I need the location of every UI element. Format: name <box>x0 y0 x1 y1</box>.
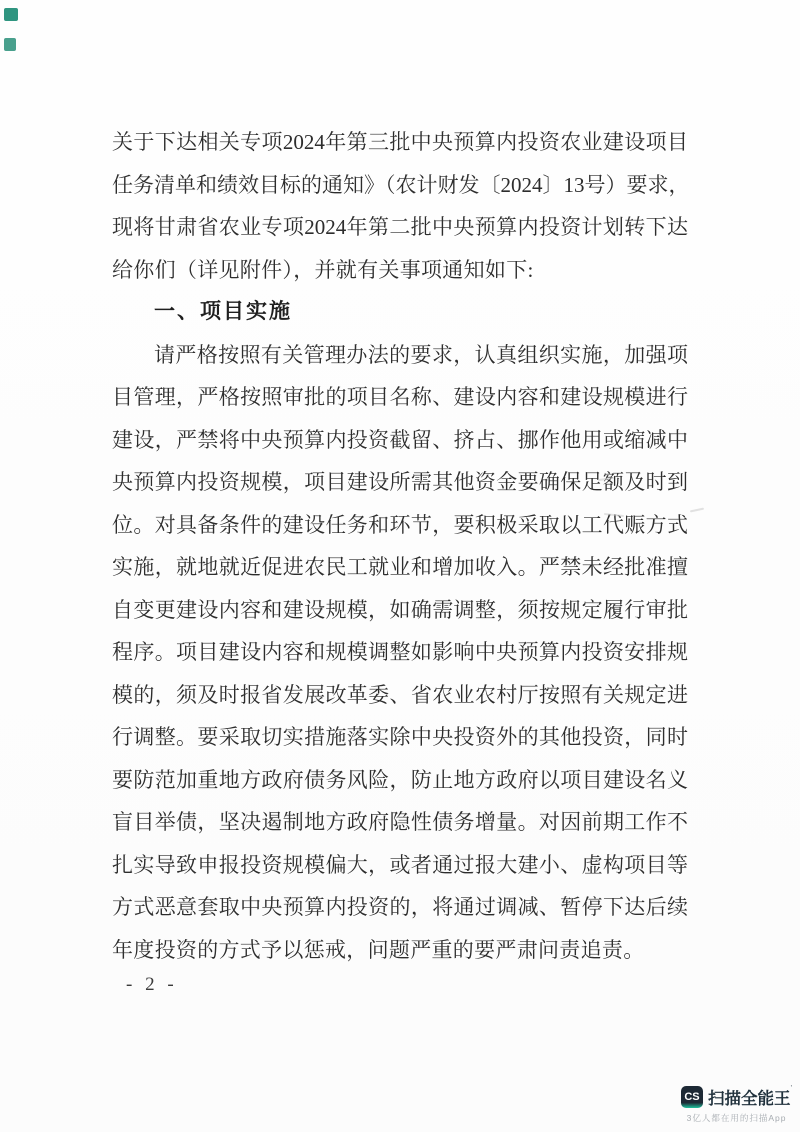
scanner-corner-mark <box>4 8 18 21</box>
paragraph-project-implementation: 请严格按照有关管理办法的要求，认真组织实施，加强项 目管理，严格按照审批的项目名… <box>112 334 688 972</box>
body-text-line: 央预算内投资规模，项目建设所需其他资金要确保足额及时到 <box>112 461 688 504</box>
body-text-line: 实施，就地就近促进农民工就业和增加收入。严禁未经批准擅 <box>112 546 688 589</box>
body-text-line: 盲目举债，坚决遏制地方政府隐性债务增量。对因前期工作不 <box>112 801 688 844</box>
body-text-line: 请严格按照有关管理办法的要求，认真组织实施，加强项 <box>112 334 688 377</box>
body-text-line: 扎实导致申报投资规模偏大，或者通过报大建小、虚构项目等 <box>112 844 688 887</box>
body-text-line: 程序。项目建设内容和规模调整如影响中央预算内投资安排规 <box>112 631 688 674</box>
scanned-document-page: 关于下达相关专项2024年第三批中央预算内投资农业建设项目 任务清单和绩效目标的… <box>0 0 800 1132</box>
body-text-line: 现将甘肃省农业专项2024年第二批中央预算内投资计划转下达 <box>112 206 688 249</box>
body-text-line: 位。对具备条件的建设任务和环节，要积极采取以工代赈方式 <box>112 504 688 547</box>
page-number: - 2 - <box>126 974 178 996</box>
body-text-line: 行调整。要采取切实措施落实除中央投资外的其他投资，同时 <box>112 716 688 759</box>
body-text-line: 建设，严禁将中央预算内投资截留、挤占、挪作他用或缩减中 <box>112 419 688 462</box>
body-text-line: 要防范加重地方政府债务风险，防止地方政府以项目建设名义 <box>112 759 688 802</box>
app-name-text: 扫描全能王 <box>708 1090 791 1108</box>
body-text-line: 方式恶意套取中央预算内投资的，将通过调减、暂停下达后续 <box>112 886 688 929</box>
camscanner-logo-icon: CS <box>681 1086 703 1108</box>
camscanner-app-name: 扫描全能王’ <box>708 1085 792 1109</box>
body-text-line: 目管理，严格按照审批的项目名称、建设内容和建设规模进行 <box>112 376 688 419</box>
body-text-line: 任务清单和绩效目标的通知》（农计财发〔2024〕13号）要求， <box>112 164 688 207</box>
trademark-mark: ’ <box>791 1085 793 1092</box>
body-text-line: 模的，须及时报省发展改革委、省农业农村厅按照有关规定进 <box>112 674 688 717</box>
body-text-line: 关于下达相关专项2024年第三批中央预算内投资农业建设项目 <box>112 121 688 164</box>
body-text-line: 自变更建设内容和建设规模，如确需调整，须按规定履行审批 <box>112 589 688 632</box>
document-body: 关于下达相关专项2024年第三批中央预算内投资农业建设项目 任务清单和绩效目标的… <box>112 121 688 971</box>
paragraph-intro: 关于下达相关专项2024年第三批中央预算内投资农业建设项目 任务清单和绩效目标的… <box>112 121 688 291</box>
body-text-line: 给你们（详见附件），并就有关事项通知如下: <box>112 249 688 292</box>
camscanner-watermark: CS 扫描全能王’ 3亿人都在用的扫描App <box>681 1085 792 1124</box>
body-text-line: 年度投资的方式予以惩戒，问题严重的要严肃问责追责。 <box>112 929 688 972</box>
camscanner-tagline: 3亿人都在用的扫描App <box>681 1112 792 1124</box>
camscanner-logo-row: CS 扫描全能王’ <box>681 1085 792 1109</box>
scan-artifact <box>690 508 704 513</box>
scanner-corner-mark <box>4 38 16 51</box>
section-heading: 一、项目实施 <box>112 291 688 334</box>
